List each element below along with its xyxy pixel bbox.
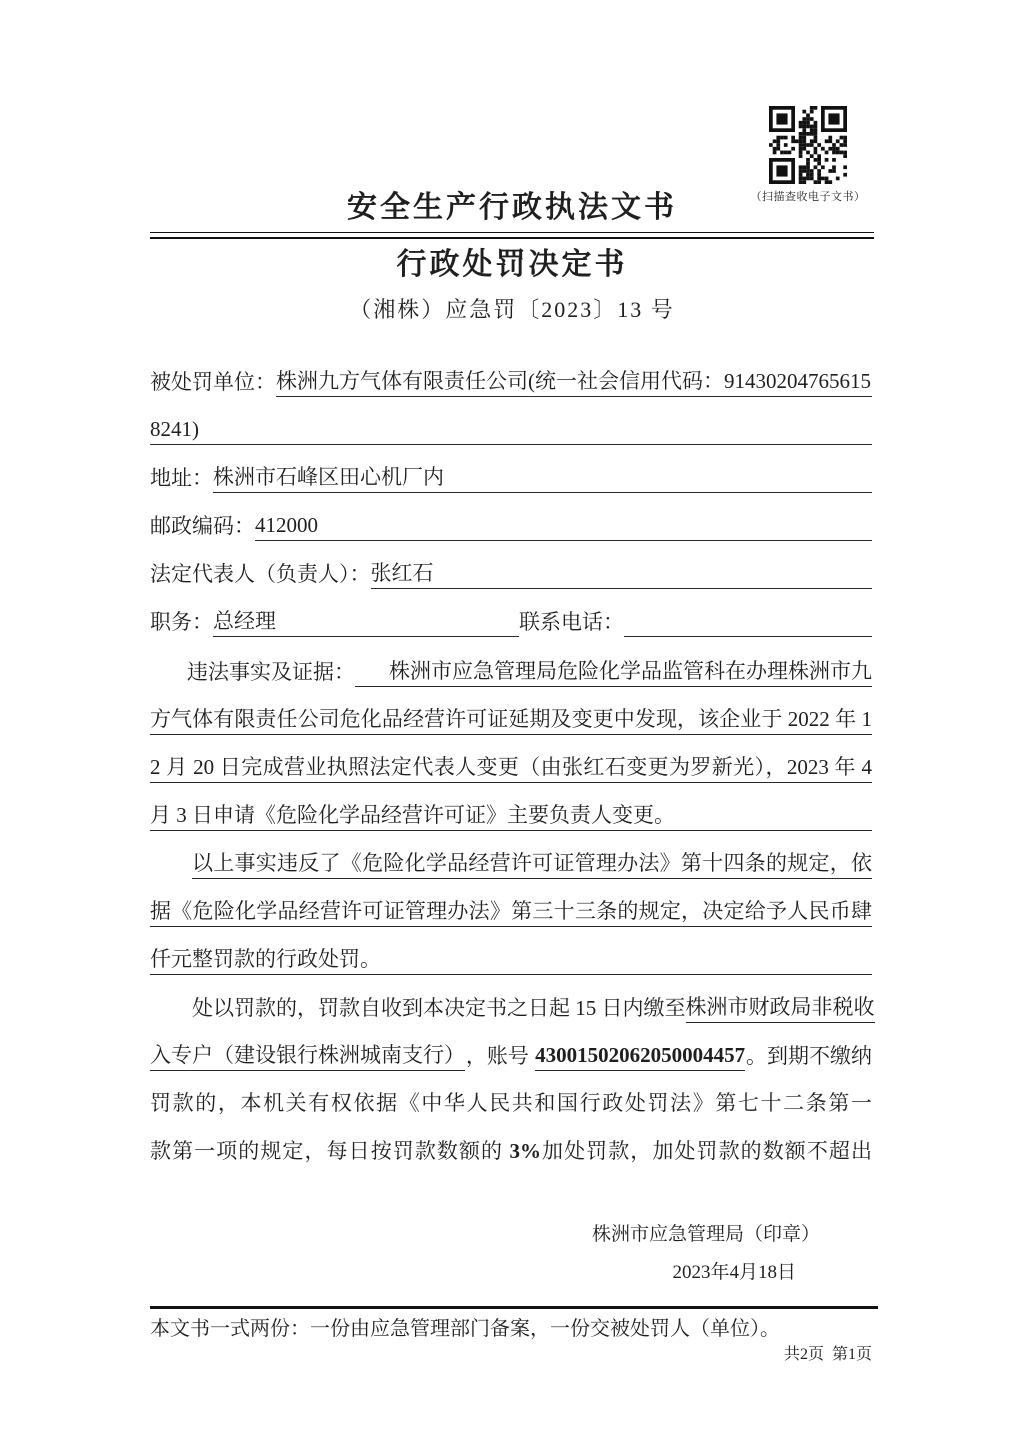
field-legal-representative: 法定代表人（负责人）： 张红石 <box>150 541 872 589</box>
payment-paragraph: 处以罚款的，罚款自收到本决定书之日起 15 日内缴至 株洲市财政局非税收 入专户… <box>150 975 872 1167</box>
letterhead-title: 安全生产行政执法文书 <box>0 190 1024 226</box>
facts-line: 方气体有限责任公司危化品经营许可证延期及变更中发现，该企业于 2022 年 1 <box>150 687 872 735</box>
payment-account-number: 43001502062050004457 <box>535 1042 745 1071</box>
field-penalized-unit: 被处罚单位： 株洲九方气体有限责任公司(统一社会信用代码：91430204765… <box>150 349 872 397</box>
qr-code-icon <box>746 106 870 184</box>
issuing-agency: 株洲市应急管理局（印章） <box>150 1216 872 1254</box>
decision-line: 以上事实违反了《危险化学品经营许可证管理办法》第十四条的规定，依 <box>150 831 872 879</box>
payment-line: 入专户（建设银行株洲城南支行） ，账号 43001502062050004457… <box>150 1023 872 1071</box>
payment-text: ，账号 <box>466 1043 534 1071</box>
facts-line: 月 3 日申请《危险化学品经营许可证》主要负责人变更。 <box>150 783 872 831</box>
field-value: 总经理 <box>213 608 519 637</box>
field-label: 联系电话： <box>519 609 624 637</box>
page-number: 共2页 第1页 <box>150 1344 872 1366</box>
field-value: 株洲九方气体有限责任公司(统一社会信用代码：91430204765615 <box>276 368 872 397</box>
field-label: 被处罚单位： <box>150 369 276 397</box>
field-penalized-unit-cont: 8241) <box>150 397 872 445</box>
field-value: 株洲市石峰区田心机厂内 <box>213 464 872 493</box>
indent <box>150 1022 192 1023</box>
field-position-and-phone: 职务： 总经理 联系电话： <box>150 589 872 637</box>
issue-date: 2023年4月18日 <box>150 1254 872 1292</box>
payment-text: 款第一项的规定，每日按罚款数额的 <box>150 1139 509 1163</box>
field-label: 法定代表人（负责人）： <box>150 561 371 589</box>
decision-paragraph: 以上事实违反了《危险化学品经营许可证管理办法》第十四条的规定，依 据《危险化学品… <box>150 831 872 975</box>
footer-note: 本文书一式两份：一份由应急管理部门备案，一份交被处罚人（单位）。 <box>150 1316 878 1342</box>
document-number: （湘株）应急罚〔2023〕13 号 <box>0 294 1024 326</box>
field-label: 职务： <box>150 609 213 637</box>
indent <box>150 878 192 879</box>
signature-block: 株洲市应急管理局（印章） 2023年4月18日 <box>150 1216 872 1292</box>
payment-line: 处以罚款的，罚款自收到本决定书之日起 15 日内缴至 株洲市财政局非税收 <box>150 975 872 1023</box>
field-label: 邮政编码： <box>150 513 255 541</box>
document-title: 行政处罚决定书 <box>0 248 1024 282</box>
fields-section: 被处罚单位： 株洲九方气体有限责任公司(统一社会信用代码：91430204765… <box>150 349 872 637</box>
letterhead-divider <box>150 232 874 239</box>
field-label: 地址： <box>150 465 213 493</box>
payment-penalty-rate: 3% <box>509 1139 541 1163</box>
decision-line: 仟元整罚款的行政处罚。 <box>150 927 872 975</box>
facts-text: 株洲市应急管理局危险化学品监管科在办理株洲市九 <box>355 658 872 687</box>
payment-line: 罚款的，本机关有权依据《中华人民共和国行政处罚法》第七十二条第一 <box>150 1071 872 1119</box>
field-postal-code: 邮政编码： 412000 <box>150 493 872 541</box>
field-value <box>624 635 872 637</box>
penalty-decision-document: { "page": {"background": "#ffffff", "ink… <box>0 0 1024 1451</box>
decision-line: 据《危险化学品经营许可证管理办法》第三十三条的规定，决定给予人民币肆 <box>150 879 872 927</box>
facts-label: 违法事实及证据： <box>187 659 355 687</box>
indent <box>150 686 187 687</box>
payment-line: 款第一项的规定，每日按罚款数额的 3%加处罚款，加处罚款的数额不超出 <box>150 1119 872 1167</box>
payment-text: 处以罚款的，罚款自收到本决定书之日起 15 日内缴至 <box>192 995 686 1023</box>
payment-text: 加处罚款，加处罚款的数额不超出 <box>541 1139 872 1163</box>
facts-line: 2 月 20 日完成营业执照法定代表人变更（由张红石变更为罗新光），2023 年… <box>150 735 872 783</box>
field-address: 地址： 株洲市石峰区田心机厂内 <box>150 445 872 493</box>
field-value: 张红石 <box>371 560 873 589</box>
decision-text: 以上事实违反了《危险化学品经营许可证管理办法》第十四条的规定，依 <box>192 850 872 879</box>
payment-account-name: 株洲市财政局非税收 <box>686 994 875 1023</box>
facts-paragraph: 违法事实及证据： 株洲市应急管理局危险化学品监管科在办理株洲市九 方气体有限责任… <box>150 639 872 831</box>
facts-line: 违法事实及证据： 株洲市应急管理局危险化学品监管科在办理株洲市九 <box>150 639 872 687</box>
payment-text: 。到期不缴纳 <box>746 1043 872 1071</box>
footer-divider <box>150 1306 878 1309</box>
payment-bank: 入专户（建设银行株洲城南支行） <box>150 1042 465 1071</box>
field-value: 412000 <box>255 512 872 541</box>
